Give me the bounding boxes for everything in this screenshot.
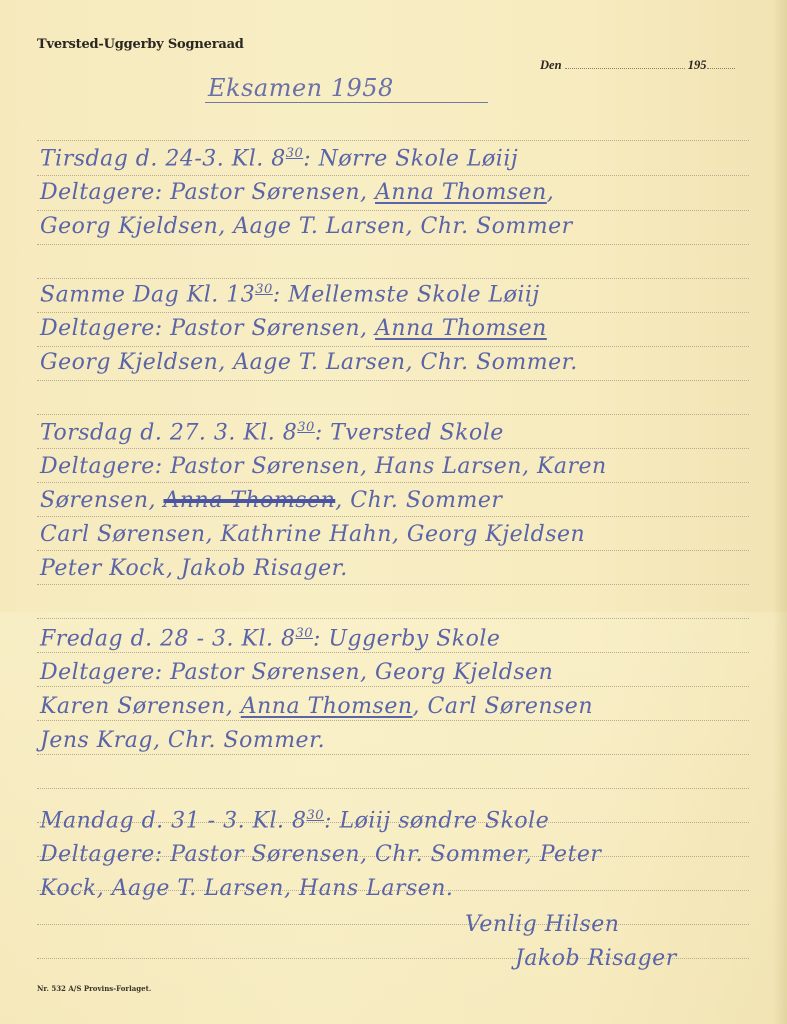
ruled-line bbox=[37, 652, 749, 653]
ruled-line bbox=[37, 482, 749, 483]
entry-participants: Deltagere: Pastor Sørensen, Hans Larsen,… bbox=[40, 454, 607, 479]
entry-participants: Deltagere: Pastor Sørensen, Chr. Sommer,… bbox=[40, 842, 601, 867]
ruled-line bbox=[37, 278, 749, 279]
entry-participants: Deltagere: Pastor Sørensen, Anna Thomsen bbox=[40, 316, 547, 341]
ruled-line bbox=[37, 346, 749, 347]
ruled-line bbox=[37, 754, 749, 755]
entry-participants: Kock, Aage T. Larsen, Hans Larsen. bbox=[40, 876, 453, 901]
printer-imprint: Nr. 532 A/S Provins-Forlaget. bbox=[37, 984, 151, 993]
ruled-line bbox=[37, 618, 749, 619]
entry-heading: Samme Dag Kl. 1330: Mellemste Skole Løii… bbox=[40, 282, 540, 307]
ruled-line bbox=[37, 244, 749, 245]
ruled-line bbox=[37, 448, 749, 449]
date-field: Den 195 bbox=[540, 58, 735, 73]
title-underline bbox=[205, 102, 488, 103]
entry-participants: Karen Sørensen, Anna Thomsen, Carl Søren… bbox=[40, 694, 593, 719]
date-label: Den bbox=[540, 58, 562, 72]
ruled-line bbox=[37, 550, 749, 551]
entry-heading: Tirsdag d. 24-3. Kl. 830: Nørre Skole Lø… bbox=[40, 146, 518, 171]
closing-greeting: Venlig Hilsen bbox=[465, 912, 619, 937]
ruled-line bbox=[37, 924, 749, 925]
entry-participants: Deltagere: Pastor Sørensen, Georg Kjelds… bbox=[40, 660, 553, 685]
entry-participants: Jens Krag, Chr. Sommer. bbox=[40, 728, 325, 753]
entry-participants: Peter Kock, Jakob Risager. bbox=[40, 556, 348, 581]
entry-participants: Georg Kjeldsen, Aage T. Larsen, Chr. Som… bbox=[40, 214, 573, 239]
year-prefix: 195 bbox=[688, 58, 707, 72]
ruled-line bbox=[37, 720, 749, 721]
entry-participants: Deltagere: Pastor Sørensen, Anna Thomsen… bbox=[40, 180, 554, 205]
paper-edge-shadow bbox=[773, 0, 787, 1024]
signature: Jakob Risager bbox=[515, 946, 677, 971]
entry-heading: Mandag d. 31 - 3. Kl. 830: Løiij søndre … bbox=[40, 808, 549, 833]
ruled-line bbox=[37, 414, 749, 415]
entry-participants: Carl Sørensen, Kathrine Hahn, Georg Kjel… bbox=[40, 522, 585, 547]
underlined-participant: Anna Thomsen bbox=[375, 180, 547, 205]
ruled-line bbox=[37, 312, 749, 313]
ruled-line bbox=[37, 380, 749, 381]
underlined-participant: Anna Thomsen bbox=[241, 694, 413, 719]
ruled-line bbox=[37, 140, 749, 141]
ruled-line bbox=[37, 175, 749, 176]
ruled-line bbox=[37, 210, 749, 211]
underlined-participant: Anna Thomsen bbox=[375, 316, 547, 341]
document-title: Eksamen 1958 bbox=[208, 74, 394, 102]
ruled-line bbox=[37, 686, 749, 687]
struck-participant: Anna Thomsen bbox=[164, 488, 336, 513]
entry-participants: Georg Kjeldsen, Aage T. Larsen, Chr. Som… bbox=[40, 350, 578, 375]
entry-participants: Sørensen, Anna Thomsen, Chr. Sommer bbox=[40, 488, 502, 513]
year-blank bbox=[707, 68, 735, 69]
ruled-line bbox=[37, 516, 749, 517]
entry-heading: Fredag d. 28 - 3. Kl. 830: Uggerby Skole bbox=[40, 626, 500, 651]
ruled-line bbox=[37, 788, 749, 789]
letterhead-organization: Tversted-Uggerby Sogneraad bbox=[37, 37, 244, 52]
ruled-line bbox=[37, 584, 749, 585]
entry-heading: Torsdag d. 27. 3. Kl. 830: Tversted Skol… bbox=[40, 420, 504, 445]
date-blank bbox=[565, 68, 685, 69]
